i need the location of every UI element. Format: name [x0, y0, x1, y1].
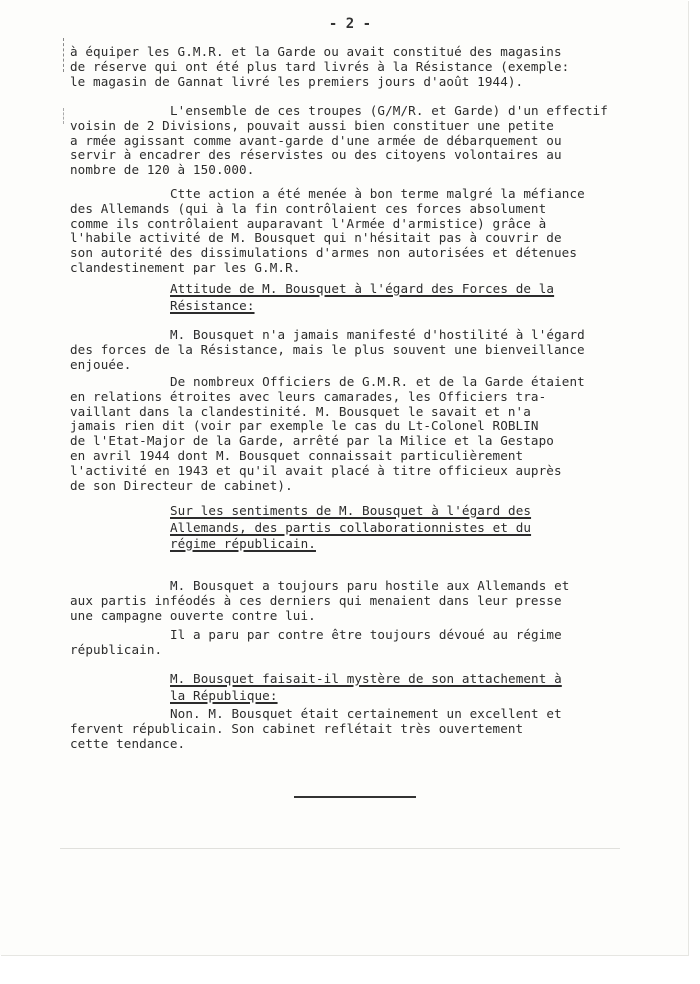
section-heading-line: Attitude de M. Bousquet à l'égard des Fo… [170, 282, 554, 295]
text-line: cette tendance. [70, 737, 185, 750]
text-line: nombre de 120 à 150.000. [70, 163, 254, 176]
text-line: voisin de 2 Divisions, pouvait aussi bie… [70, 119, 554, 132]
document-page: - 2 - à équiper les G.M.R. et la Garde o… [0, 0, 688, 955]
text-line: de réserve qui ont été plus tard livrés … [70, 60, 569, 73]
text-line: une campagne ouverte contre lui. [70, 609, 316, 622]
text-line: jamais rien dit (voir par exemple le cas… [70, 419, 539, 432]
text-line: en relations étroites avec leurs camarad… [70, 390, 546, 403]
text-line: comme ils contrôlaient auparavant l'Armé… [70, 217, 546, 230]
section-heading-line: M. Bousquet faisait-il mystère de son at… [170, 672, 562, 685]
text-line: Il a paru par contre être toujours dévou… [170, 628, 562, 641]
section-heading-line: la République: [170, 689, 278, 702]
text-line: vaillant dans la clandestinité. M. Bousq… [70, 405, 531, 418]
text-line: Ctte action a été menée à bon terme malg… [170, 187, 585, 200]
section-heading-line: Sur les sentiments de M. Bousquet à l'ég… [170, 504, 531, 517]
text-line: clandestinement par les G.M.R. [70, 261, 300, 274]
text-line: M. Bousquet a toujours paru hostile aux … [170, 579, 569, 592]
section-heading-line: régime républicain. [170, 537, 316, 550]
text-line: De nombreux Officiers de G.M.R. et de la… [170, 375, 585, 388]
text-line: des forces de la Résistance, mais le plu… [70, 343, 585, 356]
text-line: l'activité en 1943 et qu'il avait placé … [70, 464, 562, 477]
text-line: en avril 1944 dont M. Bousquet connaissa… [70, 449, 523, 462]
text-line: Non. M. Bousquet était certainement un e… [170, 707, 562, 720]
page-number: - 2 - [0, 16, 700, 32]
text-line: le magasin de Gannat livré les premiers … [70, 75, 523, 88]
text-line: l'habile activité de M. Bousquet qui n'h… [70, 231, 562, 244]
text-line: de l'Etat-Major de la Garde, arrêté par … [70, 434, 554, 447]
text-line: à équiper les G.M.R. et la Garde ou avai… [70, 45, 562, 58]
text-line: de son Directeur de cabinet). [70, 479, 293, 492]
text-line: servir à encadrer des réservistes ou des… [70, 148, 562, 161]
page-fold-line [60, 848, 620, 849]
section-heading-line: Résistance: [170, 299, 255, 312]
margin-mark [63, 38, 66, 72]
text-line: républicain. [70, 643, 162, 656]
text-line: son autorité des dissimulations d'armes … [70, 246, 577, 259]
text-line: L'ensemble de ces troupes (G/M/R. et Gar… [170, 104, 608, 117]
text-line: fervent républicain. Son cabinet refléta… [70, 722, 523, 735]
text-line: a rmée agissant comme avant-garde d'une … [70, 134, 562, 147]
end-rule [294, 796, 416, 798]
text-line: aux partis inféodés à ces derniers qui m… [70, 594, 562, 607]
text-line: M. Bousquet n'a jamais manifesté d'hosti… [170, 328, 585, 341]
section-heading-line: Allemands, des partis collaborationniste… [170, 521, 531, 534]
margin-mark [63, 108, 66, 124]
text-line: des Allemands (qui à la fin contrôlaient… [70, 202, 546, 215]
text-line: enjouée. [70, 358, 131, 371]
